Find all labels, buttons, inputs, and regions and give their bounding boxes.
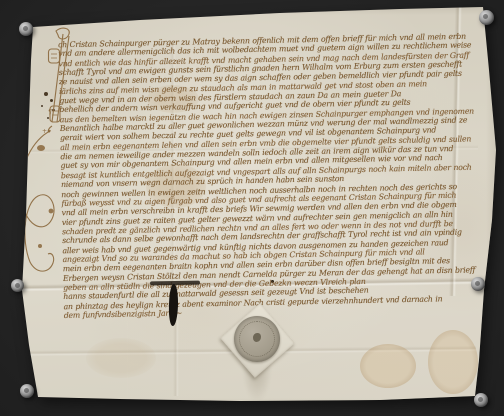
push-pin-bottom-left bbox=[20, 384, 34, 398]
stain bbox=[86, 338, 156, 378]
margin-plus-mark: + bbox=[42, 128, 47, 135]
push-pin-top-left bbox=[19, 22, 33, 36]
push-pin-middle-right bbox=[471, 277, 485, 291]
photo-background: ch Cristan Schainpurger pürger zu Matray… bbox=[0, 0, 504, 416]
push-pin-top-right bbox=[479, 10, 494, 25]
ink-blot bbox=[41, 105, 43, 107]
parchment: ch Cristan Schainpurger pürger zu Matray… bbox=[0, 0, 504, 416]
stain bbox=[360, 344, 416, 388]
push-pin-bottom-right bbox=[474, 393, 488, 407]
stain bbox=[428, 330, 478, 394]
wax-seal bbox=[234, 316, 280, 362]
push-pin-middle-left bbox=[11, 279, 24, 292]
ink-blot bbox=[52, 109, 55, 111]
ink-blot bbox=[44, 92, 48, 96]
manuscript-text: ch Cristan Schainpurger pürger zu Matray… bbox=[58, 31, 479, 320]
parchment-wrap: ch Cristan Schainpurger pürger zu Matray… bbox=[0, 0, 504, 416]
margin-paragraph-mark: ¶ bbox=[48, 109, 52, 116]
ink-blot bbox=[50, 99, 53, 102]
ink-blot bbox=[47, 117, 49, 119]
